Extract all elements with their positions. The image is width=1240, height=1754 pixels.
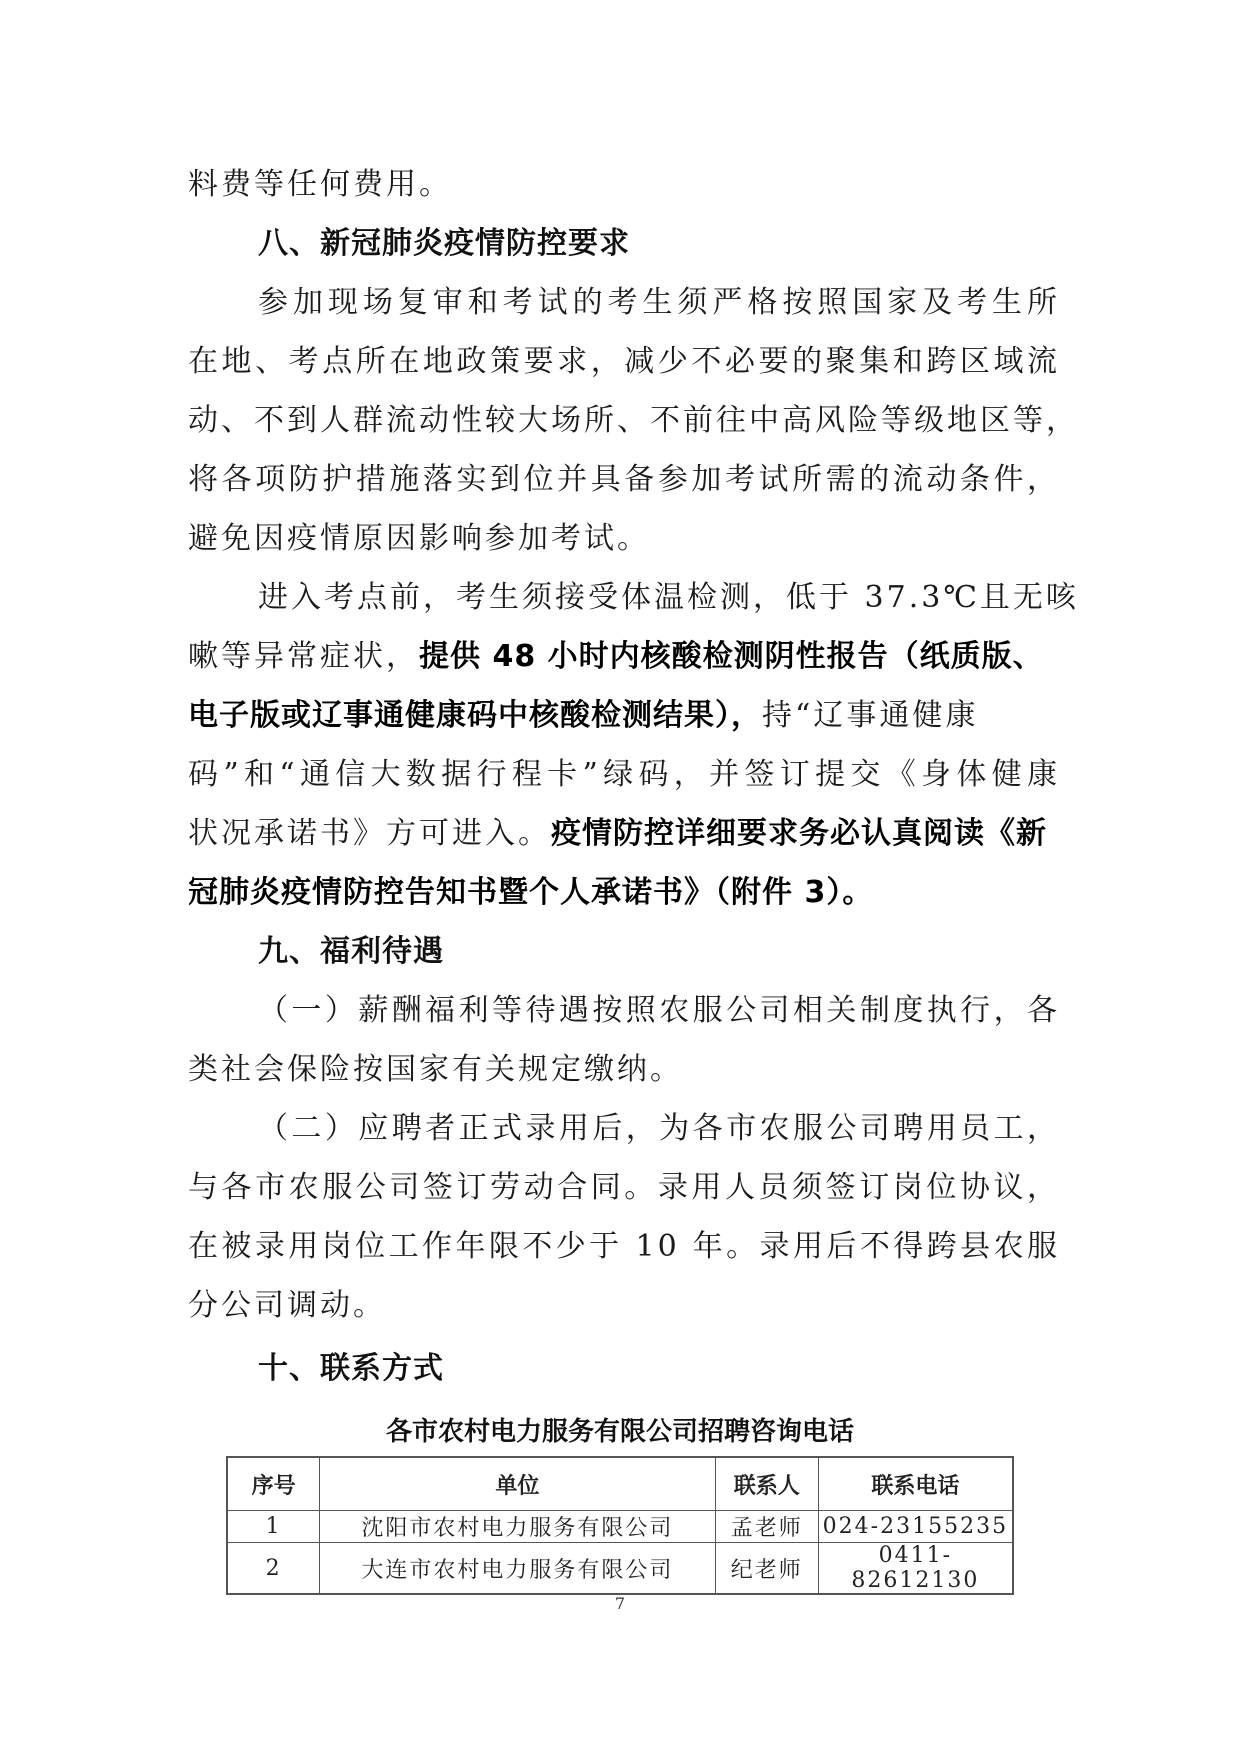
bold-text: 电子版或辽事通健康码中核酸检测结果）， xyxy=(188,698,762,733)
cell-unit: 大连市农村电力服务有限公司 xyxy=(320,1543,716,1595)
column-header-number: 序号 xyxy=(227,1457,320,1511)
paragraph-line: 状况承诺书》方可进入。疫情防控详细要求务必认真阅读《新 xyxy=(188,811,1060,857)
cell-number: 1 xyxy=(227,1511,320,1543)
paragraph-line: 将各项防护措施落实到位并具备参加考试所需的流动条件， xyxy=(188,457,1060,503)
paragraph-line: （一）薪酬福利等待遇按照农服公司相关制度执行，各 xyxy=(258,988,1060,1034)
section-heading-benefits: 九、福利待遇 xyxy=(258,929,1060,975)
paragraph-line: （二）应聘者正式录用后，为各市农服公司聘用员工， xyxy=(258,1106,1060,1152)
paragraph-line: 与各市农服公司签订劳动合同。录用人员须签订岗位协议， xyxy=(188,1165,1060,1211)
cell-phone: 024-23155235 xyxy=(818,1511,1013,1543)
cell-unit: 沈阳市农村电力服务有限公司 xyxy=(320,1511,716,1543)
section-heading-covid-requirements: 八、新冠肺炎疫情防控要求 xyxy=(258,221,1060,267)
column-header-phone: 联系电话 xyxy=(818,1457,1013,1511)
paragraph-line: 分公司调动。 xyxy=(188,1283,1060,1329)
paragraph-line: 嗽等异常症状，提供 48 小时内核酸检测阴性报告（纸质版、 xyxy=(188,634,1060,680)
plain-text: 持“辽事通健康 xyxy=(762,698,978,733)
paragraph-line: 码”和“通信大数据行程卡”绿码，并签订提交《身体健康 xyxy=(188,752,1060,798)
table-header-row: 序号 单位 联系人 联系电话 xyxy=(227,1457,1013,1511)
paragraph-line: 动、不到人群流动性较大场所、不前往中高风险等级地区等， xyxy=(188,398,1060,444)
bold-text: 疫情防控详细要求务必认真阅读《新 xyxy=(551,816,1047,851)
paragraph-line: 在被录用岗位工作年限不少于 10 年。录用后不得跨县农服 xyxy=(188,1224,1060,1270)
paragraph-line: 料费等任何费用。 xyxy=(188,162,1060,208)
paragraph-line: 进入考点前，考生须接受体温检测，低于 37.3℃且无咳 xyxy=(258,575,1060,621)
paragraph-line: 在地、考点所在地政策要求，减少不必要的聚集和跨区域流 xyxy=(188,339,1060,385)
plain-text: 状况承诺书》方可进入。 xyxy=(188,816,551,851)
bold-text: 提供 48 小时内核酸检测阴性报告（纸质版、 xyxy=(419,639,1044,674)
cell-contact-person: 纪老师 xyxy=(715,1543,818,1595)
table-title: 各市农村电力服务有限公司招聘咨询电话 xyxy=(226,1412,1014,1452)
paragraph-line: 避免因疫情原因影响参加考试。 xyxy=(188,516,1060,562)
table-row: 2 大连市农村电力服务有限公司 纪老师 0411-82612130 xyxy=(227,1543,1013,1595)
column-header-unit: 单位 xyxy=(320,1457,716,1511)
plain-text: 嗽等异常症状， xyxy=(188,639,419,674)
paragraph-line: 类社会保险按国家有关规定缴纳。 xyxy=(188,1047,1060,1093)
contact-table: 序号 单位 联系人 联系电话 1 沈阳市农村电力服务有限公司 孟老师 024-2… xyxy=(226,1456,1014,1595)
cell-phone: 0411-82612130 xyxy=(818,1543,1013,1595)
paragraph-line: 电子版或辽事通健康码中核酸检测结果），持“辽事通健康 xyxy=(188,693,1060,739)
cell-contact-person: 孟老师 xyxy=(715,1511,818,1543)
table-row: 1 沈阳市农村电力服务有限公司 孟老师 024-23155235 xyxy=(227,1511,1013,1543)
paragraph-line: 参加现场复审和考试的考生须严格按照国家及考生所 xyxy=(258,280,1060,326)
document-page: 料费等任何费用。 八、新冠肺炎疫情防控要求 参加现场复审和考试的考生须严格按照国… xyxy=(0,0,1240,1754)
paragraph-line-bold: 冠肺炎疫情防控告知书暨个人承诺书》（附件 3）。 xyxy=(188,870,1060,916)
column-header-contact-person: 联系人 xyxy=(715,1457,818,1511)
section-heading-contact: 十、联系方式 xyxy=(258,1346,1060,1392)
page-number: 7 xyxy=(600,1594,640,1622)
cell-number: 2 xyxy=(227,1543,320,1595)
